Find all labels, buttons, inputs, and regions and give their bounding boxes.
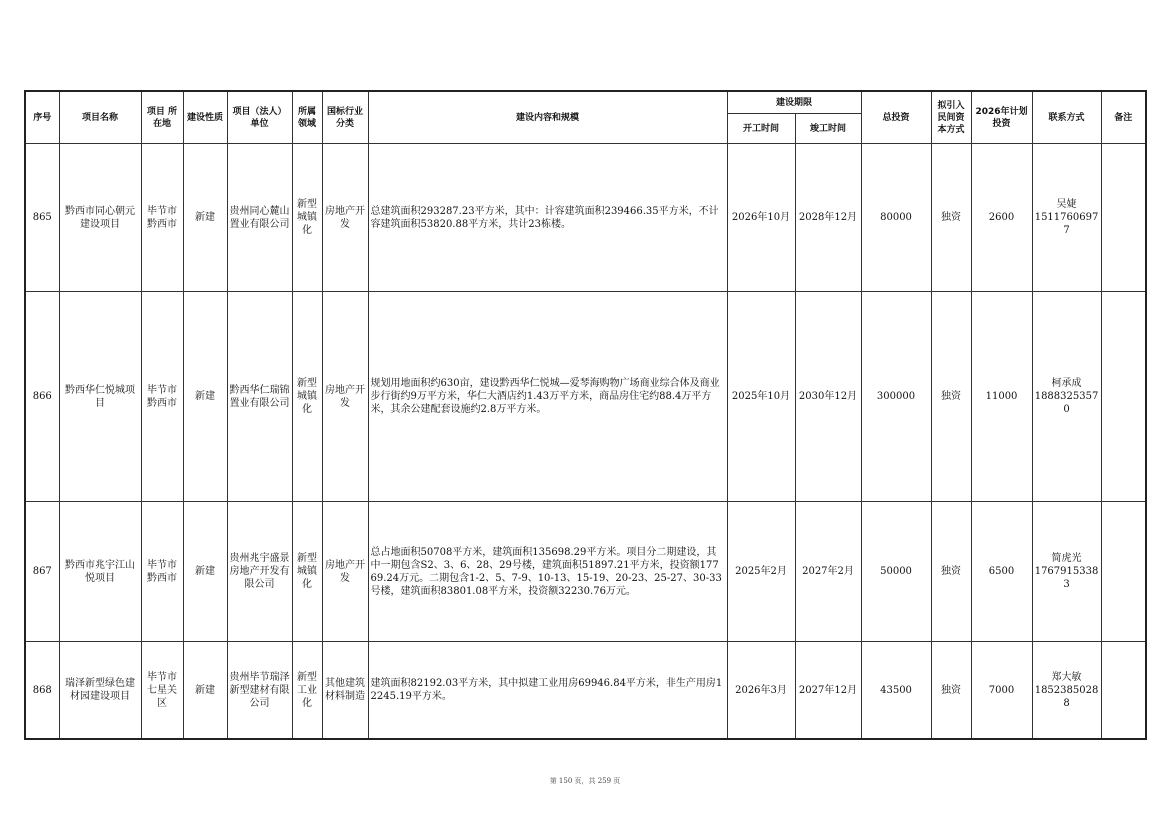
row-industry: 其他建筑材料制造	[322, 642, 368, 740]
contact-name: 郑大敏	[1035, 671, 1099, 684]
header-plan-2026: 2026年计划投资	[971, 91, 1032, 144]
contact-name: 柯承成	[1035, 377, 1099, 390]
row-content: 总建筑面积293287.23平方米，其中：计容建筑面积239466.35平方米，…	[368, 144, 727, 292]
header-end: 竣工时间	[795, 114, 861, 144]
row-unit: 贵州兆宇盛景房地产开发有限公司	[227, 502, 292, 642]
header-total: 总投资	[861, 91, 931, 144]
row-seq: 867	[25, 502, 59, 642]
row-industry: 房地产开发	[322, 144, 368, 292]
row-start: 2025年10月	[727, 292, 795, 502]
row-content: 总占地面积50708平方米，建筑面积135698.29平方米。项目分二期建设，其…	[368, 502, 727, 642]
row-plan-2026: 7000	[971, 642, 1032, 740]
header-row: 序号 项目名称 项目 所在地 建设性质 项目（法人）单位 所属领域 国标行业分类…	[25, 91, 1146, 114]
project-table: 序号 项目名称 项目 所在地 建设性质 项目（法人）单位 所属领域 国标行业分类…	[24, 90, 1147, 740]
row-location: 毕节市黔西市	[141, 144, 183, 292]
row-total: 80000	[861, 144, 931, 292]
row-end: 2028年12月	[795, 144, 861, 292]
row-start: 2026年3月	[727, 642, 795, 740]
header-industry: 国标行业分类	[322, 91, 368, 144]
row-private-capital: 独资	[931, 642, 971, 740]
contact-phone: 18883253570	[1035, 390, 1099, 416]
contact-phone: 18523850288	[1035, 684, 1099, 710]
row-start: 2025年2月	[727, 502, 795, 642]
row-field: 新型城镇化	[292, 292, 322, 502]
contact-phone: 17679153383	[1035, 565, 1099, 591]
table-row: 868瑞泽新型绿色建材园建设项目毕节市七星关区新建贵州毕节瑞泽新型建材有限公司新…	[25, 642, 1146, 740]
row-plan-2026: 11000	[971, 292, 1032, 502]
header-content: 建设内容和规模	[368, 91, 727, 144]
row-seq: 866	[25, 292, 59, 502]
row-industry: 房地产开发	[322, 292, 368, 502]
row-nature: 新建	[183, 144, 227, 292]
row-seq: 865	[25, 144, 59, 292]
header-field: 所属领域	[292, 91, 322, 144]
row-name: 黔西华仁悦城项目	[59, 292, 141, 502]
row-industry: 房地产开发	[322, 502, 368, 642]
row-content: 建筑面积82192.03平方米，其中拟建工业用房69946.84平方米，非生产用…	[368, 642, 727, 740]
header-location: 项目 所在地	[141, 91, 183, 144]
row-nature: 新建	[183, 502, 227, 642]
row-total: 50000	[861, 502, 931, 642]
row-unit: 黔西华仁瑞锦置业有限公司	[227, 292, 292, 502]
row-location: 毕节市黔西市	[141, 502, 183, 642]
header-name: 项目名称	[59, 91, 141, 144]
row-end: 2027年2月	[795, 502, 861, 642]
row-nature: 新建	[183, 642, 227, 740]
header-nature: 建设性质	[183, 91, 227, 144]
row-remark	[1101, 642, 1146, 740]
header-private-capital: 拟引入民间资本方式	[931, 91, 971, 144]
row-field: 新型工业化	[292, 642, 322, 740]
row-unit: 贵州毕节瑞泽新型建材有限公司	[227, 642, 292, 740]
row-plan-2026: 6500	[971, 502, 1032, 642]
row-location: 毕节市黔西市	[141, 292, 183, 502]
row-remark	[1101, 144, 1146, 292]
row-end: 2030年12月	[795, 292, 861, 502]
header-seq: 序号	[25, 91, 59, 144]
row-private-capital: 独资	[931, 144, 971, 292]
row-name: 黔西市同心朝元建设项目	[59, 144, 141, 292]
table-row: 867黔西市兆宇江山悦项目毕节市黔西市新建贵州兆宇盛景房地产开发有限公司新型城镇…	[25, 502, 1146, 642]
header-contact: 联系方式	[1032, 91, 1101, 144]
header-unit: 项目（法人）单位	[227, 91, 292, 144]
row-field: 新型城镇化	[292, 144, 322, 292]
contact-name: 简虎光	[1035, 552, 1099, 565]
row-remark	[1101, 502, 1146, 642]
row-contact: 柯承成18883253570	[1032, 292, 1101, 502]
row-end: 2027年12月	[795, 642, 861, 740]
row-start: 2026年10月	[727, 144, 795, 292]
row-location: 毕节市七星关区	[141, 642, 183, 740]
contact-phone: 15117606977	[1035, 211, 1099, 237]
row-seq: 868	[25, 642, 59, 740]
contact-name: 吴婕	[1035, 198, 1099, 211]
page-footer: 第 150 页，共 259 页	[0, 776, 1170, 786]
row-unit: 贵州同心麓山置业有限公司	[227, 144, 292, 292]
row-contact: 吴婕15117606977	[1032, 144, 1101, 292]
row-contact: 简虎光17679153383	[1032, 502, 1101, 642]
header-remark: 备注	[1101, 91, 1146, 144]
row-name: 黔西市兆宇江山悦项目	[59, 502, 141, 642]
row-private-capital: 独资	[931, 502, 971, 642]
row-field: 新型城镇化	[292, 502, 322, 642]
row-total: 43500	[861, 642, 931, 740]
table-row: 866黔西华仁悦城项目毕节市黔西市新建黔西华仁瑞锦置业有限公司新型城镇化房地产开…	[25, 292, 1146, 502]
header-period: 建设期限	[727, 91, 861, 114]
row-plan-2026: 2600	[971, 144, 1032, 292]
row-remark	[1101, 292, 1146, 502]
row-total: 300000	[861, 292, 931, 502]
header-start: 开工时间	[727, 114, 795, 144]
row-contact: 郑大敏18523850288	[1032, 642, 1101, 740]
table-row: 865黔西市同心朝元建设项目毕节市黔西市新建贵州同心麓山置业有限公司新型城镇化房…	[25, 144, 1146, 292]
row-nature: 新建	[183, 292, 227, 502]
row-private-capital: 独资	[931, 292, 971, 502]
row-name: 瑞泽新型绿色建材园建设项目	[59, 642, 141, 740]
row-content: 规划用地面积约630亩，建设黔西华仁悦城—爱琴海购物广场商业综合体及商业步行街约…	[368, 292, 727, 502]
